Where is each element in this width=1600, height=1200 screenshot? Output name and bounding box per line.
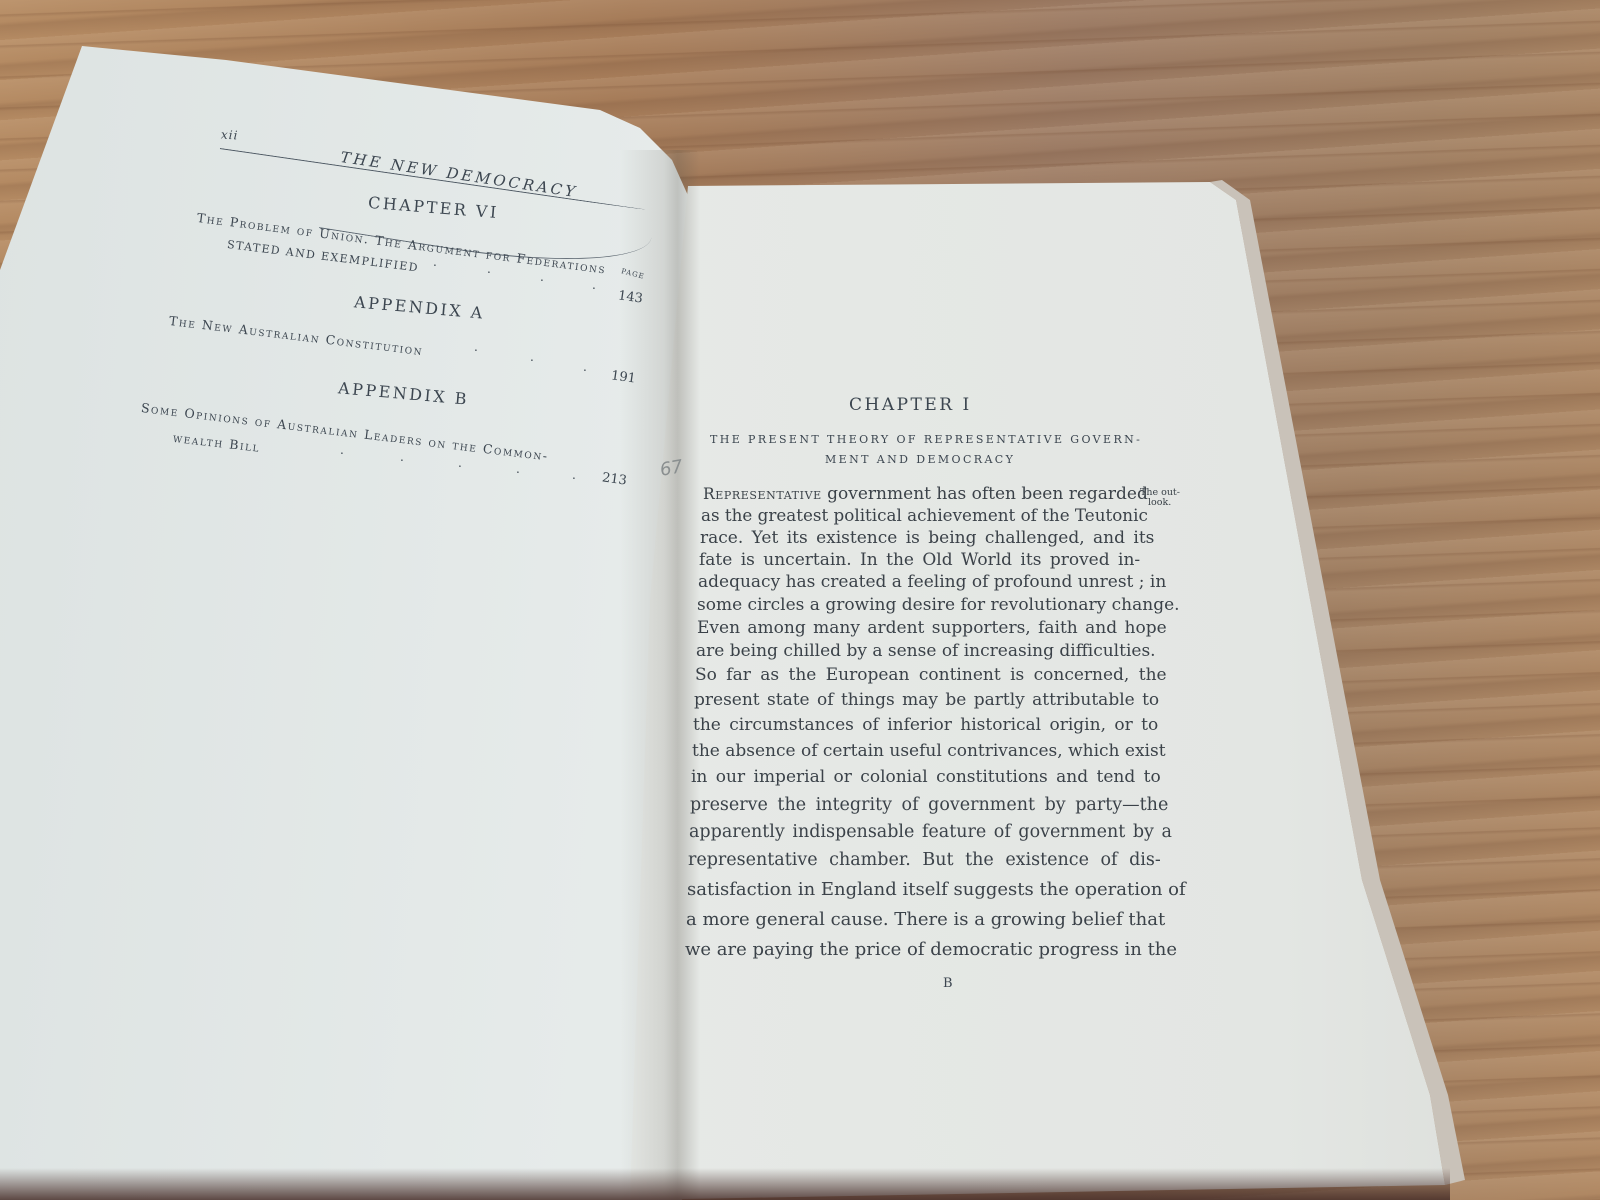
leader-dot: . bbox=[572, 468, 576, 482]
signature-mark: B bbox=[943, 976, 953, 991]
toc-page-number: 191 bbox=[610, 368, 637, 386]
page-column-label: PAGE bbox=[620, 267, 645, 281]
body-line: as the greatest political achievement of… bbox=[701, 506, 1148, 526]
leader-dot: . bbox=[474, 340, 478, 354]
body-line: fate is uncertain. In the Old World its … bbox=[699, 550, 1140, 570]
chapter-subtitle-line: THE PRESENT THEORY OF REPRESENTATIVE GOV… bbox=[710, 433, 1142, 446]
body-line: we are paying the price of democratic pr… bbox=[685, 939, 1177, 960]
leader-dot: . bbox=[592, 278, 596, 292]
toc-entry-line: wealth Bill bbox=[172, 430, 261, 455]
body-line: race. Yet its existence is being challen… bbox=[700, 528, 1154, 548]
leader-dot: . bbox=[530, 350, 534, 364]
toc-page-number: 143 bbox=[617, 288, 644, 306]
leader-dot: . bbox=[400, 450, 404, 464]
toc-heading: APPENDIX A bbox=[353, 292, 485, 322]
body-line: some circles a growing desire for revolu… bbox=[697, 595, 1180, 615]
body-line: adequacy has created a feeling of profou… bbox=[698, 572, 1166, 592]
leader-dot: . bbox=[487, 262, 491, 276]
chapter-title: CHAPTER I bbox=[849, 395, 972, 415]
body-line: satisfaction in England itself suggests … bbox=[687, 879, 1186, 900]
leader-dot: . bbox=[516, 462, 520, 476]
body-line: are being chilled by a sense of increasi… bbox=[696, 641, 1156, 661]
leader-dot: . bbox=[540, 270, 544, 284]
page-number: xii bbox=[221, 128, 239, 143]
body-line: apparently indispensable feature of gove… bbox=[689, 822, 1172, 842]
body-line: Even among many ardent supporters, faith… bbox=[697, 618, 1167, 638]
leader-dot: . bbox=[458, 456, 462, 470]
open-book: xii THE NEW DEMOCRACY CHAPTER VI The Pro… bbox=[0, 0, 1600, 1200]
leader-dot: . bbox=[340, 443, 344, 457]
body-line: preserve the integrity of government by … bbox=[690, 795, 1168, 815]
body-line: in our imperial or colonial constitution… bbox=[691, 767, 1161, 787]
body-line: the absence of certain useful contrivanc… bbox=[692, 741, 1166, 761]
leader-dot: . bbox=[583, 360, 587, 374]
body-line: the circumstances of inferior historical… bbox=[693, 715, 1158, 735]
chapter-subtitle-line: MENT AND DEMOCRACY bbox=[825, 453, 1015, 466]
body-line: representative chamber. But the existenc… bbox=[688, 850, 1161, 870]
body-line: Representative government has often been… bbox=[703, 484, 1148, 504]
body-line: present state of things may be partly at… bbox=[694, 690, 1159, 710]
toc-heading: APPENDIX B bbox=[337, 378, 469, 408]
drop-word: Representative bbox=[703, 485, 822, 503]
body-line: So far as the European continent is conc… bbox=[695, 665, 1167, 685]
pencil-annotation: 67 bbox=[658, 456, 684, 481]
toc-entry-line: Some Opinions of Australian Leaders on t… bbox=[140, 400, 549, 463]
toc-page-number: 213 bbox=[601, 470, 628, 488]
body-line: a more general cause. There is a growing… bbox=[686, 909, 1165, 930]
toc-entry-line: The New Australian Constitution bbox=[168, 313, 424, 358]
leader-dot: . bbox=[433, 255, 437, 269]
